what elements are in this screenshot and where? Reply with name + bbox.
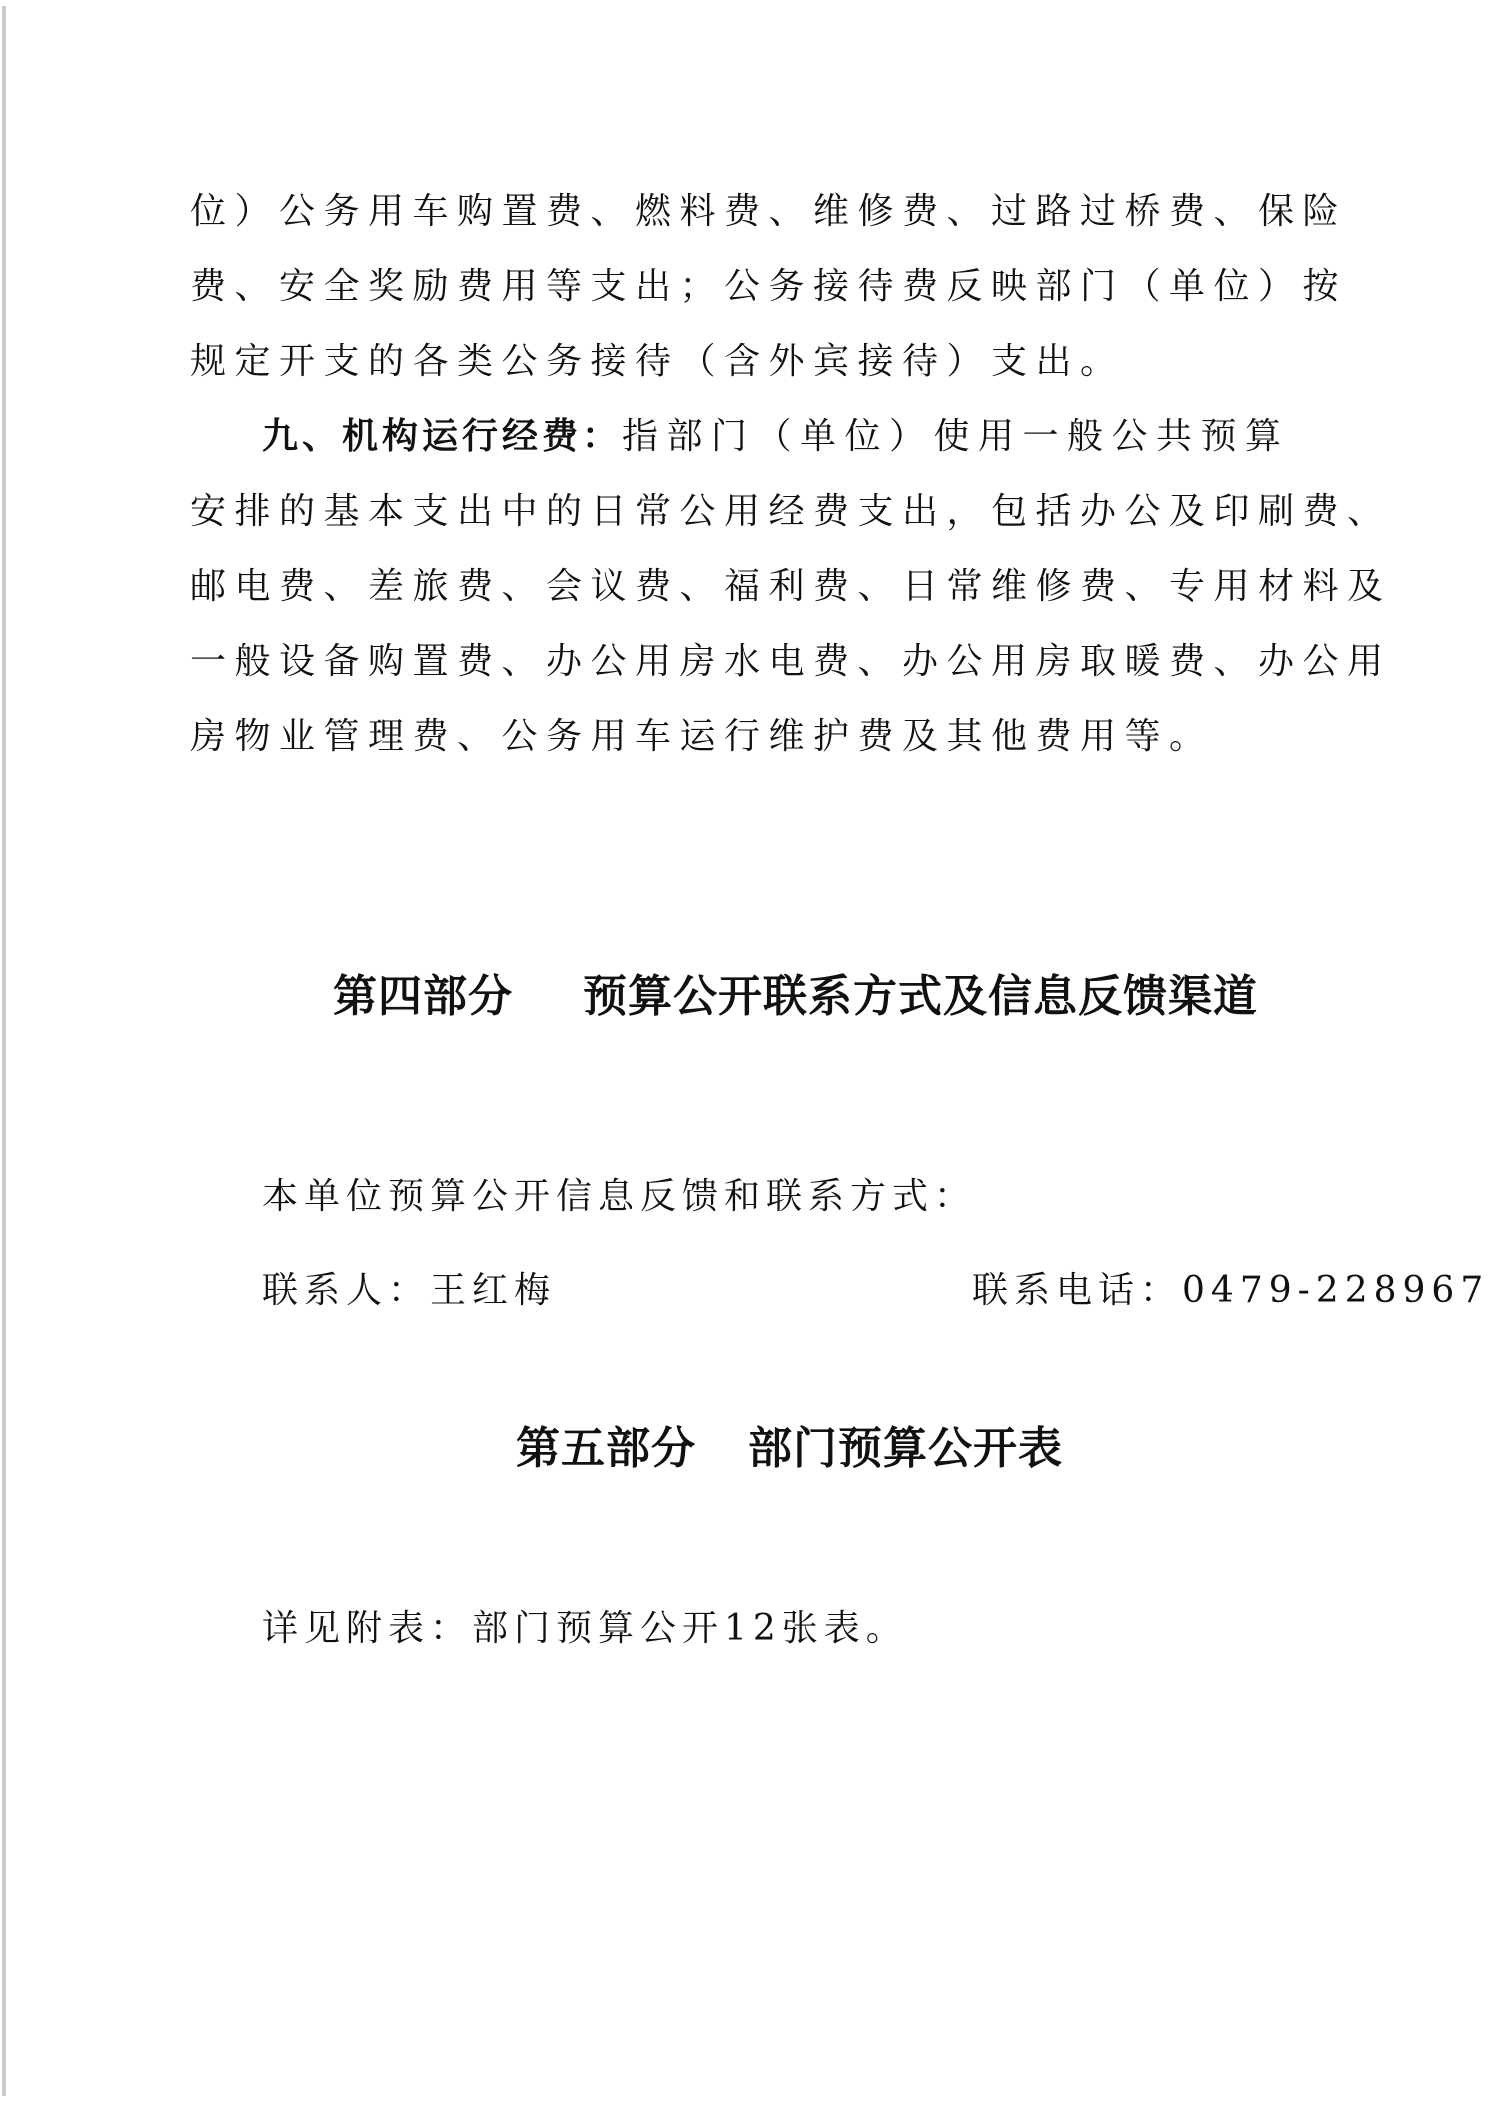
page-left-edge bbox=[2, 6, 6, 2096]
paragraph-line: 指部门（单位）使用一般公共预算 bbox=[622, 416, 1290, 457]
part-4-title: 预算公开联系方式及信息反馈渠道 bbox=[583, 971, 1258, 1022]
contact-row: 联系人：王红梅 联系电话：0479-2289673 bbox=[262, 1262, 1262, 1313]
part-4-heading: 第四部分预算公开联系方式及信息反馈渠道 bbox=[333, 960, 1258, 1024]
section-9-paragraph: 九、机构运行经费：指部门（单位）使用一般公共预算 安排的基本支出中的日常公用经费… bbox=[190, 399, 1310, 774]
paragraph-line: 费、安全奖励费用等支出；公务接待费反映部门（单位）按 bbox=[190, 249, 1310, 324]
paragraph-line: 房物业管理费、公务用车运行维护费及其他费用等。 bbox=[190, 699, 1310, 774]
contact-person: 王红梅 bbox=[430, 1270, 556, 1311]
contact-phone-label: 联系电话： bbox=[972, 1270, 1182, 1311]
paragraph-line: 位）公务用车购置费、燃料费、维修费、过路过桥费、保险 bbox=[190, 174, 1310, 249]
section-9-term: 九、机构运行经费： bbox=[262, 416, 622, 457]
contact-person-label: 联系人： bbox=[262, 1270, 430, 1311]
part-4-number: 第四部分 bbox=[333, 971, 513, 1022]
contact-phone: 0479-2289673 bbox=[1182, 1270, 1488, 1311]
part-5-title: 部门预算公开表 bbox=[748, 1423, 1063, 1474]
paragraph-line: 邮电费、差旅费、会议费、福利费、日常维修费、专用材料及 bbox=[190, 549, 1310, 624]
paragraph-line: 一般设备购置费、办公用房水电费、办公用房取暖费、办公用 bbox=[190, 624, 1310, 699]
appendix-note: 详见附表：部门预算公开12张表。 bbox=[262, 1600, 908, 1651]
contact-phone-group: 联系电话：0479-2289673 bbox=[972, 1262, 1488, 1313]
part-5-heading: 第五部分部门预算公开表 bbox=[516, 1412, 1063, 1476]
section-8-paragraph: 位）公务用车购置费、燃料费、维修费、过路过桥费、保险 费、安全奖励费用等支出；公… bbox=[190, 174, 1310, 399]
contact-intro: 本单位预算公开信息反馈和联系方式： bbox=[262, 1168, 976, 1219]
paragraph-line: 规定开支的各类公务接待（含外宾接待）支出。 bbox=[190, 324, 1310, 399]
part-5-number: 第五部分 bbox=[516, 1423, 696, 1474]
paragraph-line: 安排的基本支出中的日常公用经费支出，包括办公及印刷费、 bbox=[190, 474, 1310, 549]
paragraph-first-line: 九、机构运行经费：指部门（单位）使用一般公共预算 bbox=[190, 399, 1310, 474]
